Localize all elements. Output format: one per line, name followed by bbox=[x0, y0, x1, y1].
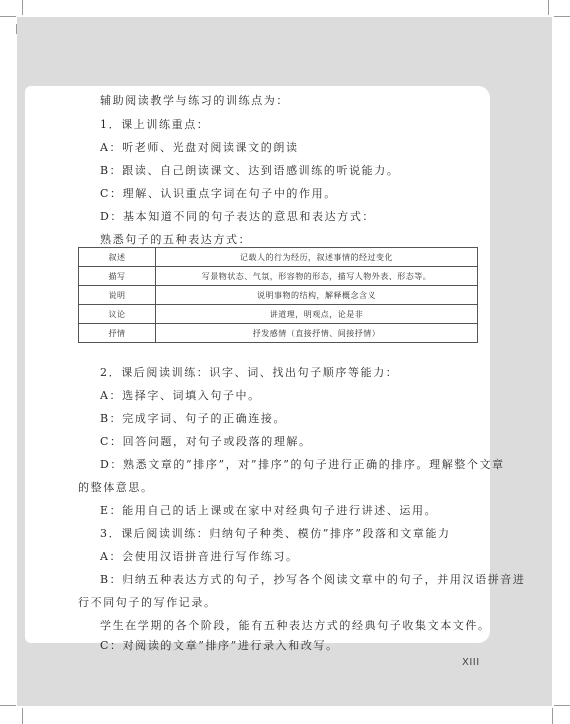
type-cell: 叙述 bbox=[79, 248, 156, 267]
type-cell: 说明 bbox=[79, 286, 156, 305]
section3-item-a: A：会使用汉语拼音进行写作练习。 bbox=[100, 550, 299, 564]
expression-types-table: 叙述 记载人的行为经历，叙述事情的经过变化 描写 写景物状态、气氛，形容物的形态… bbox=[78, 247, 478, 343]
section2-item-b: B：完成字词、句子的正确连接。 bbox=[100, 412, 286, 426]
type-cell: 描写 bbox=[79, 267, 156, 286]
crop-mark bbox=[16, 24, 17, 34]
section1-item-a: A：听老师、光盘对阅读课文的朗读 bbox=[100, 141, 299, 155]
section2-item-d-cont: 的整体意思。 bbox=[78, 481, 154, 495]
section3-note: 学生在学期的各个阶段，能有五种表达方式的经典句子收集文本文件。 bbox=[100, 619, 491, 633]
crop-mark bbox=[552, 708, 553, 724]
desc-cell: 写景物状态、气氛，形容物的形态，描写人物外表、形态等。 bbox=[156, 267, 478, 286]
section3-item-b-cont: 行不同句子的写作记录。 bbox=[78, 596, 217, 610]
crop-mark bbox=[22, 708, 23, 724]
section1-item-c: C：理解、认识重点字词在句子中的作用。 bbox=[100, 187, 337, 201]
content-card: 辅助阅读教学与练习的训练点为： 1．课上训练重点： A：听老师、光盘对阅读课文的… bbox=[25, 86, 490, 643]
section3-item-b: B：归纳五种表达方式的句子，抄写各个阅读文章中的句子，并用汉语拼音进 bbox=[100, 573, 525, 587]
section2-item-d: D：熟悉文章的”排序”，对”排序”的句子进行正确的排序。理解整个文章 bbox=[100, 458, 505, 472]
table-row: 议论 讲道理，明观点，论是非 bbox=[79, 305, 478, 324]
section2-item-e: E：能用自己的话上课或在家中对经典句子进行讲述、运用。 bbox=[100, 504, 437, 518]
crop-mark bbox=[0, 705, 16, 706]
section2-item-a: A：选择字、词填入句子中。 bbox=[100, 389, 261, 403]
table-row: 抒情 抒发感情（直接抒情、间接抒情） bbox=[79, 324, 478, 343]
crop-mark bbox=[22, 0, 23, 15]
crop-mark bbox=[554, 16, 570, 17]
table-caption: 熟悉句子的五种表达方式： bbox=[100, 233, 251, 247]
type-cell: 抒情 bbox=[79, 324, 156, 343]
section1-item-d: D：基本知道不同的句子表达的意思和表达方式： bbox=[100, 210, 375, 224]
section2-item-c: C：回答问题，对句子或段落的理解。 bbox=[100, 435, 312, 449]
desc-cell: 说明事物的结构，解释概念含义 bbox=[156, 286, 478, 305]
type-cell: 议论 bbox=[79, 305, 156, 324]
page-number: XIII bbox=[462, 657, 480, 668]
desc-cell: 抒发感情（直接抒情、间接抒情） bbox=[156, 324, 478, 343]
desc-cell: 讲道理，明观点，论是非 bbox=[156, 305, 478, 324]
section3-title: 3．课后阅读训练：归纳句子种类、模仿”排序”段落和文章能力 bbox=[100, 527, 451, 541]
desc-cell: 记载人的行为经历，叙述事情的经过变化 bbox=[156, 248, 478, 267]
crop-mark bbox=[0, 16, 16, 17]
intro-text: 辅助阅读教学与练习的训练点为： bbox=[100, 94, 289, 108]
crop-mark bbox=[554, 705, 570, 706]
table-row: 描写 写景物状态、气氛，形容物的形态，描写人物外表、形态等。 bbox=[79, 267, 478, 286]
section1-item-b: B：跟读、自己朗读课文、达到语感训练的听说能力。 bbox=[100, 164, 399, 178]
crop-mark bbox=[548, 0, 549, 15]
section2-title: 2．课后阅读训练：识字、词、找出句子顺序等能力： bbox=[100, 366, 398, 380]
section3-item-c: C：对阅读的文章”排序”进行录入和改写。 bbox=[100, 639, 339, 653]
table-row: 叙述 记载人的行为经历，叙述事情的经过变化 bbox=[79, 248, 478, 267]
section1-title: 1．课上训练重点： bbox=[100, 118, 209, 132]
table-row: 说明 说明事物的结构，解释概念含义 bbox=[79, 286, 478, 305]
